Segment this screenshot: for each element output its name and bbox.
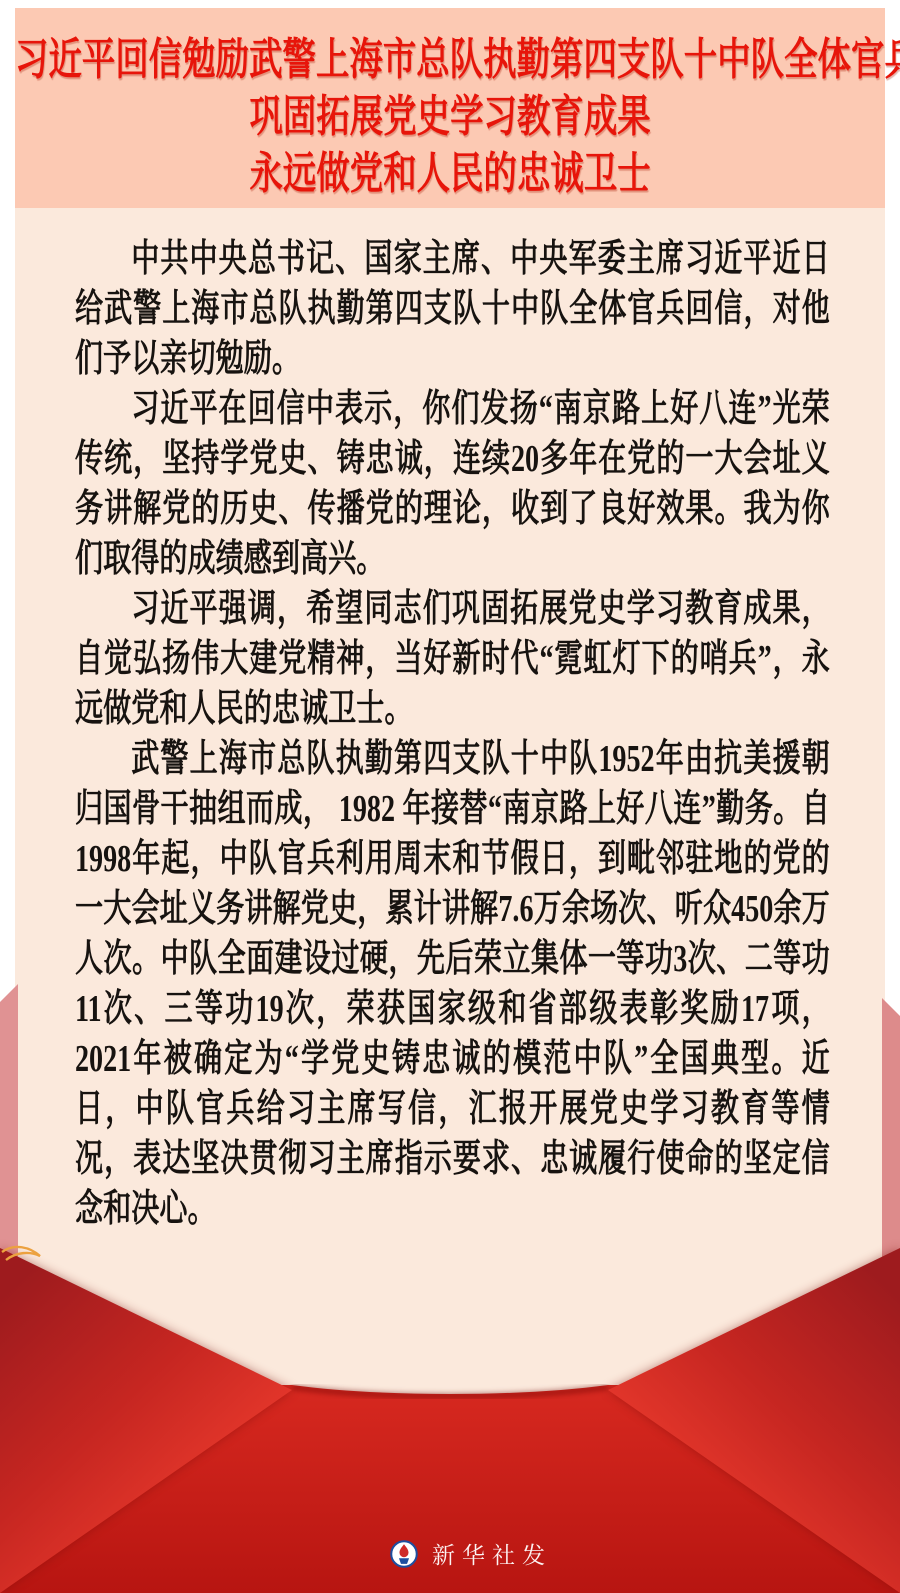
xinhua-emblem-icon (390, 1540, 418, 1568)
news-release-graphic: 习近平回信勉励武警上海市总队执勤第四支队十中队全体官兵 巩固拓展党史学习教育成果… (0, 0, 900, 1593)
envelope-graphic (0, 0, 900, 1593)
news-agency-credit: 新华社发 (432, 1543, 552, 1569)
